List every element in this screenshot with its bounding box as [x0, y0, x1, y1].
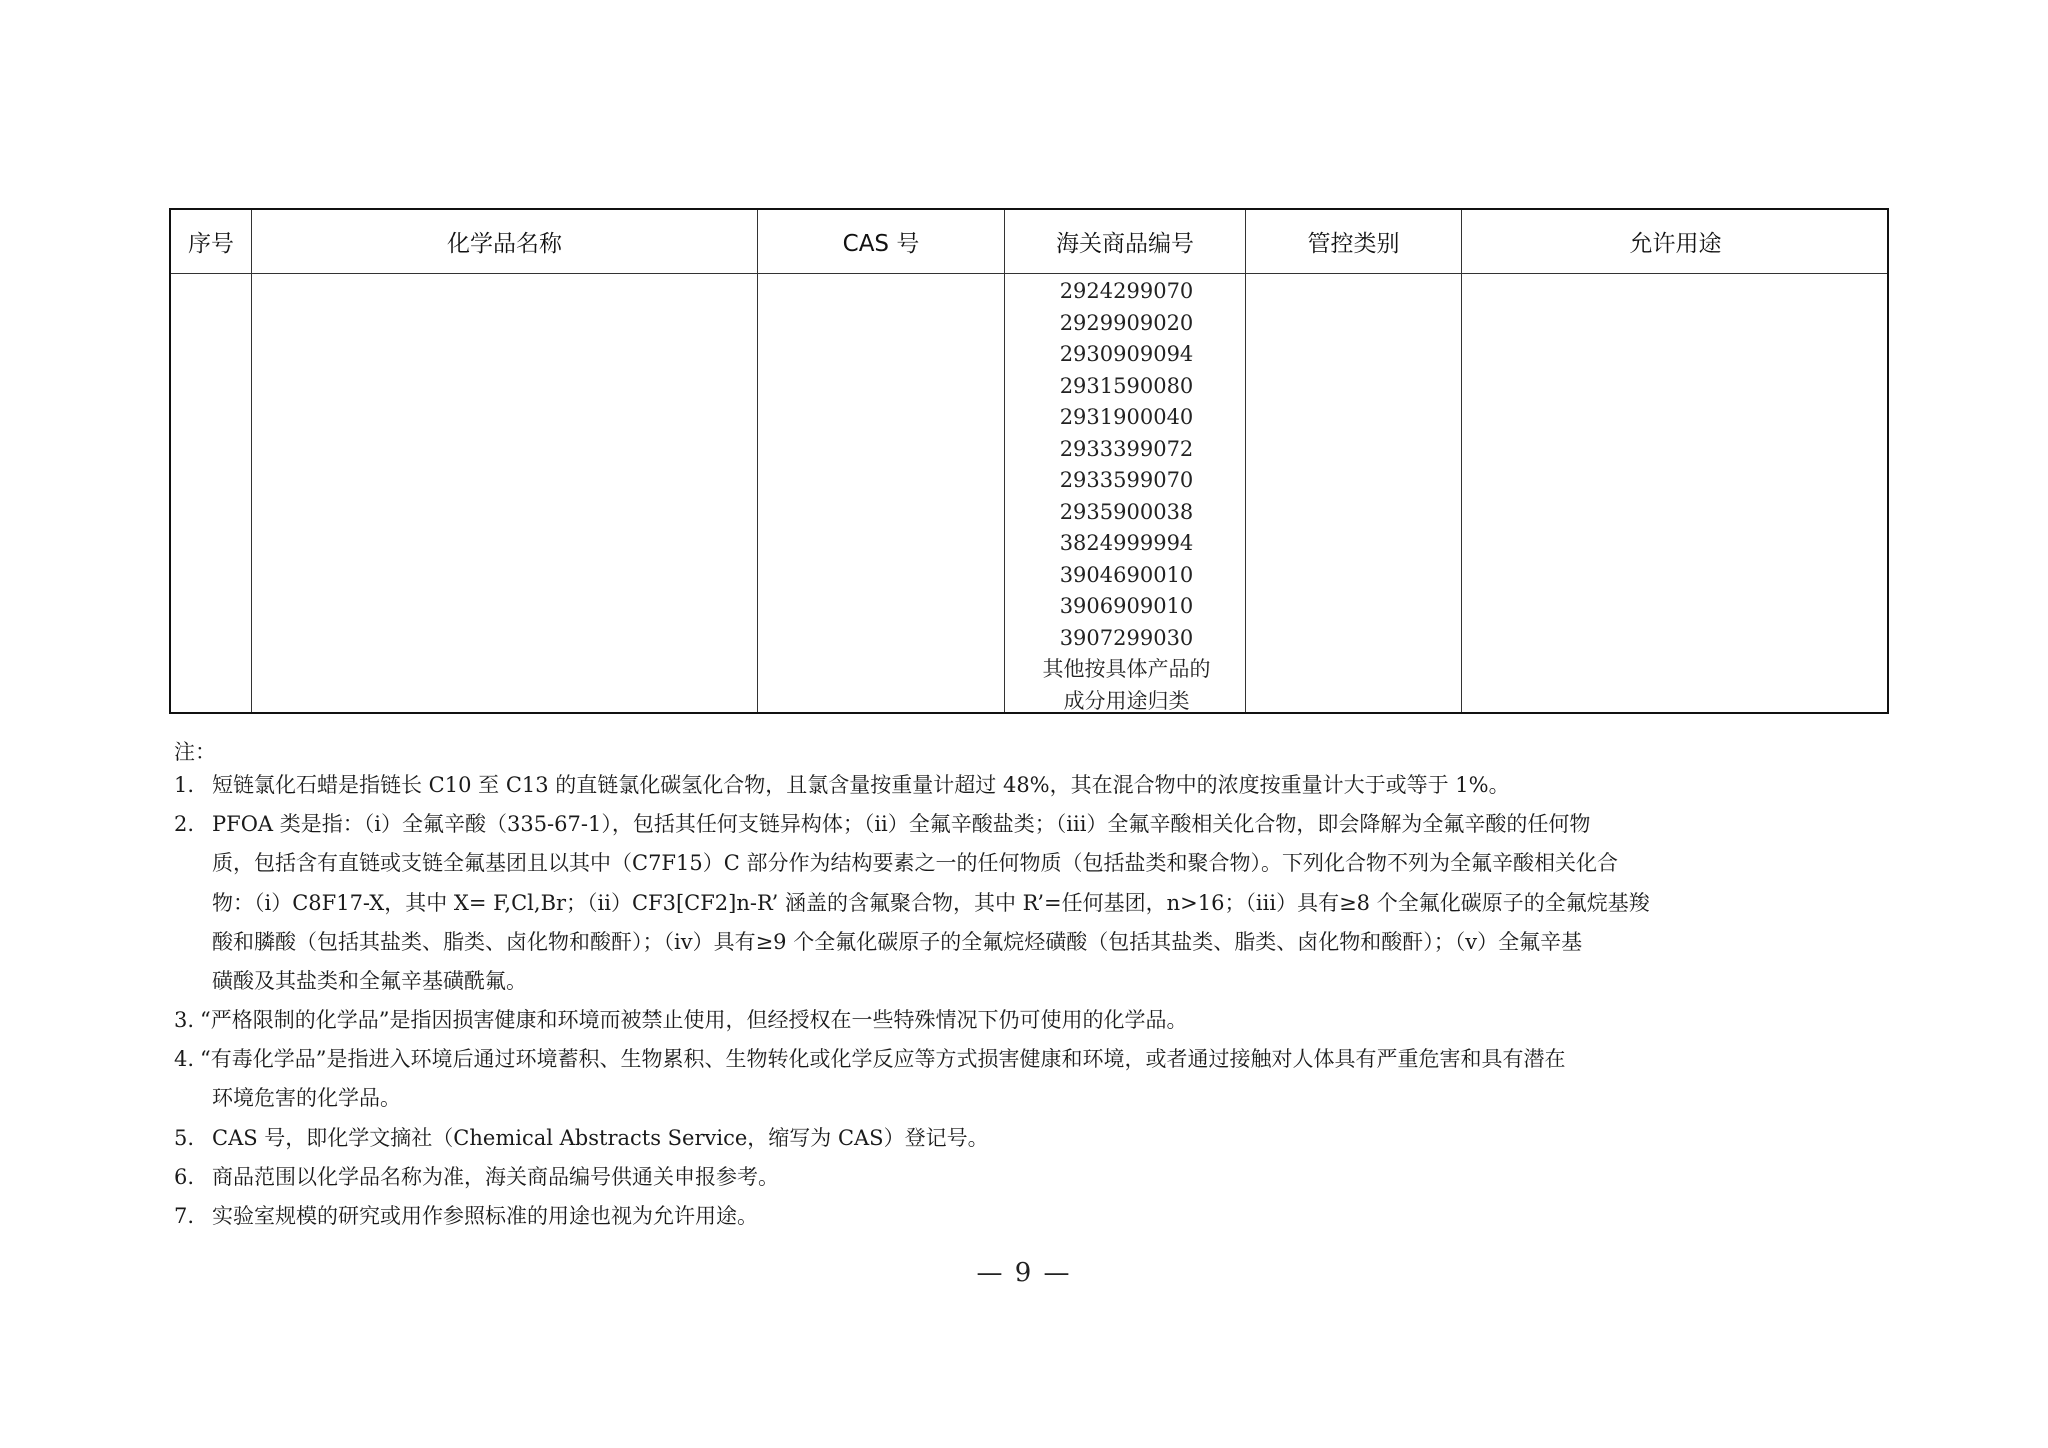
customs-code-note: 成分用途归类: [1006, 686, 1247, 718]
customs-code: 2935900038: [1006, 497, 1247, 529]
note-2: 2. PFOA 类是指：（i）全氟辛酸（335-67-1），包括其任何支链异构体…: [174, 805, 1894, 844]
note-text: 磺酸及其盐类和全氟辛基磺酰氟。: [212, 962, 527, 1001]
customs-code: 2931900040: [1006, 402, 1247, 434]
note-text: 实验室规模的研究或用作参照标准的用途也视为允许用途。: [212, 1197, 758, 1236]
note-number: 6.: [174, 1158, 194, 1197]
note-1: 1. 短链氯化石蜡是指链长 C10 至 C13 的直链氯化碳氢化合物，且氯含量按…: [174, 766, 1894, 805]
note-text: 物：（i）C8F17-X，其中 X= F,Cl,Br；（ii）CF3[CF2]n…: [212, 884, 1650, 923]
chemicals-table: 序号 化学品名称 CAS 号 海关商品编号 管控类别 允许用途 29242990…: [169, 208, 1889, 714]
note-text: CAS 号，即化学文摘社（Chemical Abstracts Service，…: [212, 1119, 989, 1158]
column-divider: [251, 210, 252, 712]
header-divider: [171, 273, 1887, 274]
note-text: PFOA 类是指：（i）全氟辛酸（335-67-1），包括其任何支链异构体；（i…: [212, 805, 1590, 844]
note-6: 6. 商品范围以化学品名称为准，海关商品编号供通关申报参考。: [174, 1158, 1894, 1197]
header-cas-number: CAS 号: [758, 210, 1004, 273]
note-number: 2.: [174, 805, 194, 844]
customs-codes-cell: 2924299070 2929909020 2930909094 2931590…: [1006, 276, 1247, 717]
customs-code: 2933599070: [1006, 465, 1247, 497]
note-4-line-2: 环境危害的化学品。: [174, 1079, 1894, 1118]
customs-code: 2931590080: [1006, 371, 1247, 403]
note-number: 4.: [174, 1040, 194, 1079]
note-text: “有毒化学品”是指进入环境后通过环境蓄积、生物累积、生物转化或化学反应等方式损害…: [200, 1040, 1565, 1079]
note-text: 商品范围以化学品名称为准，海关商品编号供通关申报参考。: [212, 1158, 779, 1197]
note-2-line-4: 酸和膦酸（包括其盐类、脂类、卤化物和酸酐）；（iv）具有≥9 个全氟化碳原子的全…: [174, 923, 1894, 962]
header-customs-code: 海关商品编号: [1005, 210, 1245, 273]
customs-code-note: 其他按具体产品的: [1006, 654, 1247, 686]
customs-code: 3906909010: [1006, 591, 1247, 623]
note-7: 7. 实验室规模的研究或用作参照标准的用途也视为允许用途。: [174, 1197, 1894, 1236]
customs-code: 3904690010: [1006, 560, 1247, 592]
note-number: 1.: [174, 766, 194, 805]
note-2-line-3: 物：（i）C8F17-X，其中 X= F,Cl,Br；（ii）CF3[CF2]n…: [174, 884, 1894, 923]
column-divider: [757, 210, 758, 712]
customs-code: 3824999994: [1006, 528, 1247, 560]
note-number: 5.: [174, 1119, 194, 1158]
note-number: 3.: [174, 1001, 194, 1040]
header-control-category: 管控类别: [1246, 210, 1461, 273]
customs-code: 2930909094: [1006, 339, 1247, 371]
note-5: 5. CAS 号，即化学文摘社（Chemical Abstracts Servi…: [174, 1119, 1894, 1158]
note-text: 环境危害的化学品。: [212, 1079, 401, 1118]
header-index: 序号: [171, 210, 251, 273]
customs-code: 2924299070: [1006, 276, 1247, 308]
note-3: 3. “严格限制的化学品”是指因损害健康和环境而被禁止使用，但经授权在一些特殊情…: [174, 1001, 1894, 1040]
note-text: 酸和膦酸（包括其盐类、脂类、卤化物和酸酐）；（iv）具有≥9 个全氟化碳原子的全…: [212, 923, 1582, 962]
customs-code: 2933399072: [1006, 434, 1247, 466]
column-divider: [1461, 210, 1462, 712]
customs-code: 2929909020: [1006, 308, 1247, 340]
header-chemical-name: 化学品名称: [252, 210, 757, 273]
note-text: 质，包括含有直链或支链全氟基团且以其中（C7F15）C 部分作为结构要素之一的任…: [212, 844, 1618, 883]
note-text: 短链氯化石蜡是指链长 C10 至 C13 的直链氯化碳氢化合物，且氯含量按重量计…: [212, 766, 1510, 805]
customs-code: 3907299030: [1006, 623, 1247, 655]
page-number: — 9 —: [0, 1258, 2048, 1288]
note-text: “严格限制的化学品”是指因损害健康和环境而被禁止使用，但经授权在一些特殊情况下仍…: [200, 1001, 1187, 1040]
note-4: 4. “有毒化学品”是指进入环境后通过环境蓄积、生物累积、生物转化或化学反应等方…: [174, 1040, 1894, 1079]
column-divider: [1004, 210, 1005, 712]
note-number: 7.: [174, 1197, 194, 1236]
header-permitted-use: 允许用途: [1462, 210, 1889, 273]
note-2-line-2: 质，包括含有直链或支链全氟基团且以其中（C7F15）C 部分作为结构要素之一的任…: [174, 844, 1894, 883]
note-2-line-5: 磺酸及其盐类和全氟辛基磺酰氟。: [174, 962, 1894, 1001]
